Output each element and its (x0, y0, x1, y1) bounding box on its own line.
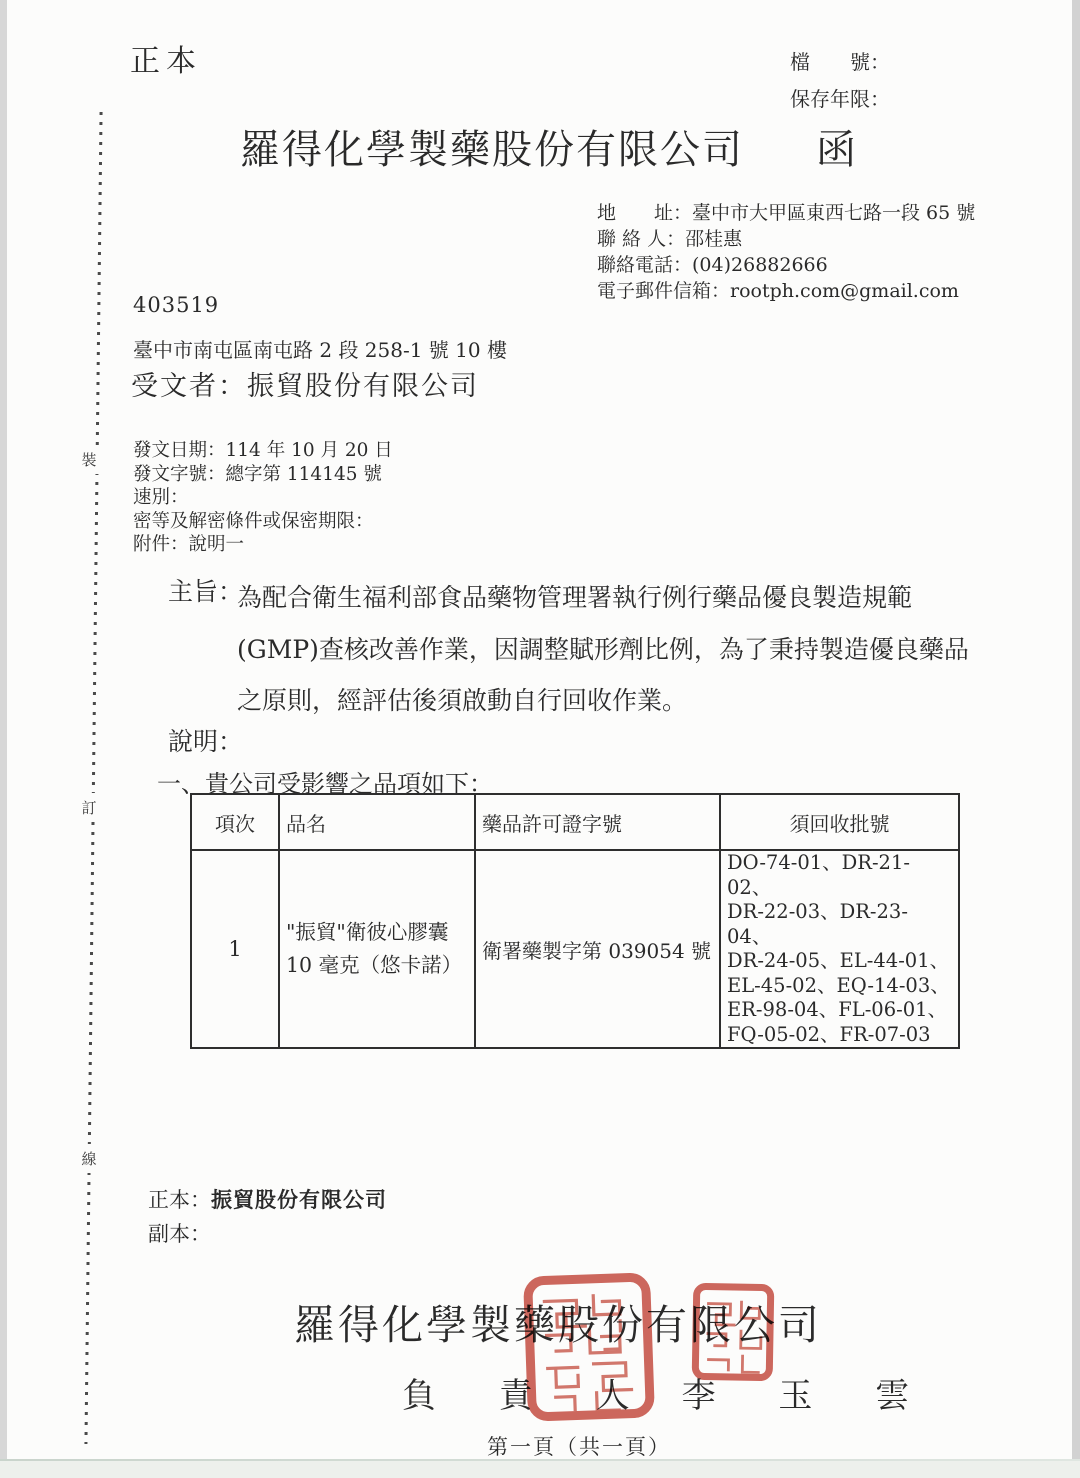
recipient-postal-code: 403519 (133, 293, 219, 317)
document-title: 羅得化學製藥股份有限公司函 (240, 118, 858, 175)
scan-bottom-band (0, 1461, 1080, 1478)
description-label: 說明： (168, 722, 243, 758)
cell-license-no: 衛署藥製字第 039054 號 (475, 850, 720, 1048)
personal-seal-stamp (690, 1281, 776, 1382)
issuer-company-name: 羅得化學製藥股份有限公司 (240, 127, 744, 173)
page-number: 第一頁（共一頁） (487, 1431, 671, 1461)
recipient-address: 臺中市南屯區南屯路 2 段 258-1 號 10 樓 (133, 334, 507, 363)
subject-line-1: 為配合衛生福利部食品藥物管理署執行例行藥品優良製造規範 (237, 572, 1007, 624)
binding-mark-xian: 線 (78, 1144, 100, 1173)
binding-mark-zhuang: 裝 (78, 445, 100, 474)
distribution-original-line: 正本：振貿股份有限公司 (148, 1184, 387, 1214)
cell-index: 1 (191, 850, 279, 1048)
distribution-original-recipient: 振貿股份有限公司 (211, 1187, 387, 1212)
table-row: 1 "振貿"衛彼心膠囊 10 毫克（悠卡諾） 衛署藥製字第 039054 號 D… (191, 850, 959, 1048)
subject-label: 主旨： (168, 572, 243, 608)
col-header-recall-batches: 須回收批號 (720, 794, 959, 850)
copy-type-label: 正本 (130, 36, 202, 80)
subject-line-3: 之原則，經評估後須啟動自行回收作業。 (237, 675, 1007, 727)
attachment-line: 附件：說明一 (133, 533, 393, 557)
table-header-row: 項次 品名 藥品許可證字號 須回收批號 (191, 794, 959, 850)
issue-date-line: 發文日期：114 年 10 月 20 日 (133, 439, 393, 463)
scan-edge-left (0, 0, 7, 1478)
security-class-line: 密等及解密條件或保密期限： (133, 510, 393, 534)
cell-recall-batches: DO-74-01、DR-21-02、 DR-22-03、DR-23-04、 DR… (720, 850, 959, 1048)
retention-period-label: 保存年限： (790, 81, 890, 118)
sender-address-line: 地 址：臺中市大甲區東西七路一段 65 號 (597, 200, 975, 226)
doc-number-line: 發文字號：總字第 114145 號 (133, 463, 393, 487)
sender-contact-block: 地 址：臺中市大甲區東西七路一段 65 號 聯 絡 人：邵桂惠 聯絡電話：(04… (597, 200, 975, 304)
binding-dotted-line (84, 112, 102, 1444)
col-header-product-name: 品名 (279, 794, 475, 850)
signature-person-line: 負 責 人李 玉 雲 (402, 1368, 935, 1417)
subject-text: 為配合衛生福利部食品藥物管理署執行例行藥品優良製造規範 (GMP)查核改善作業，… (237, 572, 1007, 727)
file-number-label: 檔 號： (790, 44, 890, 81)
recipient-label: 受文者： (131, 371, 247, 402)
scan-edge-right (1072, 0, 1080, 1478)
speed-class-line: 速別： (133, 486, 393, 510)
subject-line-2: (GMP)查核改善作業，因調整賦形劑比例，為了秉持製造優良藥品 (237, 624, 1007, 676)
file-number-block: 檔 號： 保存年限： (790, 44, 890, 118)
company-seal-stamp (520, 1270, 657, 1425)
sender-phone-line: 聯絡電話：(04)26882666 (597, 252, 975, 278)
col-header-index: 項次 (191, 794, 279, 850)
col-header-license-no: 藥品許可證字號 (475, 794, 720, 850)
sender-email-line: 電子郵件信箱：rootph.com@gmail.com (597, 278, 975, 304)
cell-product-name: "振貿"衛彼心膠囊 10 毫克（悠卡諾） (279, 850, 475, 1048)
recipient-line: 受文者：振貿股份有限公司 (131, 364, 479, 403)
sender-contact-line: 聯 絡 人：邵桂惠 (597, 226, 975, 252)
recipient-name: 振貿股份有限公司 (247, 371, 479, 402)
document-meta-block: 發文日期：114 年 10 月 20 日 發文字號：總字第 114145 號 速… (133, 439, 393, 557)
binding-mark-ding: 訂 (78, 793, 100, 822)
distribution-copy-line: 副本： (148, 1218, 211, 1248)
document-type: 函 (816, 127, 858, 173)
affected-items-table: 項次 品名 藥品許可證字號 須回收批號 1 "振貿"衛彼心膠囊 10 毫克（悠卡… (190, 793, 960, 1049)
signature-person-name: 李 玉 雲 (682, 1376, 936, 1416)
